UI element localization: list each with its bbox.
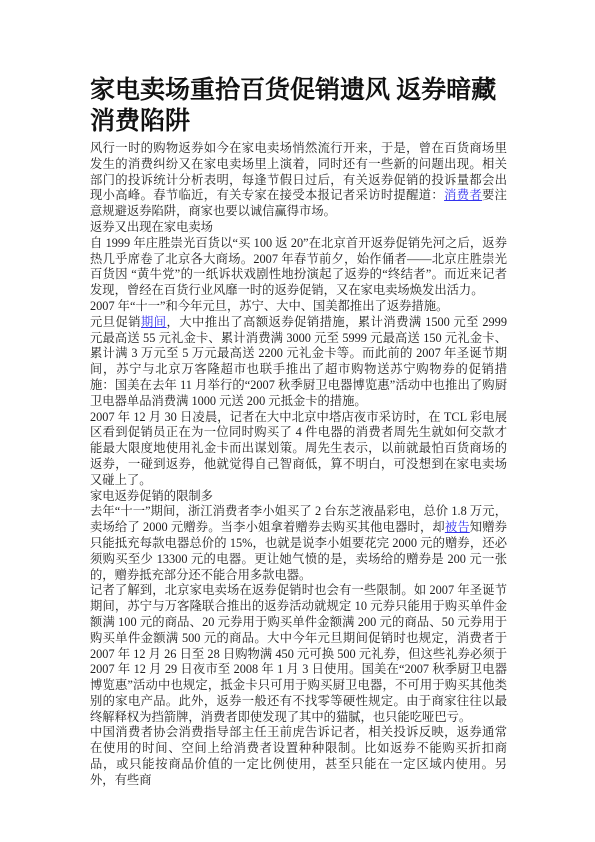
text-run: 家电返券促销的限制多 bbox=[90, 489, 213, 503]
section-heading: 返券又出现在家电卖场 bbox=[90, 220, 507, 236]
text-run: 返券又出现在家电卖场 bbox=[90, 220, 213, 234]
article-paragraph: 风行一时的购物返券如今在家电卖场悄然流行开来，于是，曾在百货商场里发生的消费纠纷… bbox=[90, 141, 507, 220]
article-paragraph: 2007 年 12 月 30 日凌晨，记者在大中北京中塔店夜市采访时，在 TCL… bbox=[90, 410, 507, 489]
inline-link[interactable]: 期间 bbox=[141, 315, 167, 329]
inline-link[interactable]: 消费者 bbox=[444, 188, 482, 202]
document-page: 家电卖场重拾百货促销遗风 返券暗藏消费陷阱 风行一时的购物返券如今在家电卖场悄然… bbox=[0, 0, 595, 842]
inline-link[interactable]: 被告 bbox=[445, 520, 470, 534]
section-heading: 家电返券促销的限制多 bbox=[90, 489, 507, 505]
text-run: 2007 年 12 月 30 日凌晨，记者在大中北京中塔店夜市采访时，在 TCL… bbox=[90, 410, 507, 487]
article-paragraph: 自 1999 年庄胜崇光百货以“买 100 返 20”在北京首开返券促销先河之后… bbox=[90, 236, 507, 299]
text-run: 2007 年“十一”和今年元旦，苏宁、大中、国美都推出了返券措施。 bbox=[90, 299, 448, 313]
article-paragraph: 元旦促销期间，大中推出了高额返券促销措施，累计消费满 1500 元至 2999 … bbox=[90, 315, 507, 410]
text-run: 中国消费者协会消费指导部主任王前虎告诉记者，相关投诉反映，返券通常在使用的时间、… bbox=[90, 725, 507, 786]
article-paragraph: 记者了解到，北京家电卖场在返券促销时也会有一些限制。如 2007 年圣诞节期间，… bbox=[90, 583, 507, 725]
article-paragraph: 2007 年“十一”和今年元旦，苏宁、大中、国美都推出了返券措施。 bbox=[90, 299, 507, 315]
text-run: 记者了解到，北京家电卖场在返券促销时也会有一些限制。如 2007 年圣诞节期间，… bbox=[90, 583, 507, 723]
article-body: 风行一时的购物返券如今在家电卖场悄然流行开来，于是，曾在百货商场里发生的消费纠纷… bbox=[90, 141, 507, 789]
article-title: 家电卖场重拾百货促销遗风 返券暗藏消费陷阱 bbox=[90, 75, 507, 137]
article-paragraph: 中国消费者协会消费指导部主任王前虎告诉记者，相关投诉反映，返券通常在使用的时间、… bbox=[90, 725, 507, 788]
article-paragraph: 去年“十一”期间，浙江消费者李小姐买了 2 台东芝液晶彩电，总价 1.8 万元，… bbox=[90, 504, 507, 583]
text-run: 自 1999 年庄胜崇光百货以“买 100 返 20”在北京首开返券促销先河之后… bbox=[90, 236, 507, 297]
text-run: 元旦促销 bbox=[90, 315, 141, 329]
